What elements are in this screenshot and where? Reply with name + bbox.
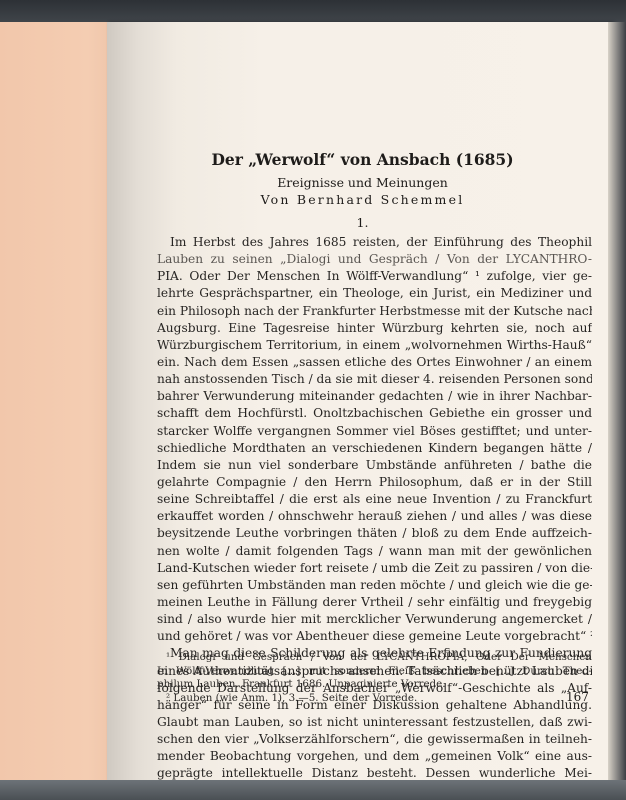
body-line: Indem sie nun viel sonderbare Umbstände … xyxy=(157,457,592,474)
body-line: schafft dem Hochfürstl. Onoltzbachischen… xyxy=(157,405,592,422)
body-line: beysitzende Leuthe vorbringen thäten / b… xyxy=(157,525,592,542)
scanner-background-bottom xyxy=(0,780,626,800)
body-line: erkauffet worden / ohnschwehr herauß zie… xyxy=(157,508,592,525)
body-line: Im Herbst des Jahres 1685 reisten, der E… xyxy=(157,234,592,251)
body-line: Würzburgischem Territorium, in einem „wo… xyxy=(157,337,592,354)
article-subtitle: Ereignisse und Meinungen xyxy=(110,175,615,190)
body-line: nah anstossenden Tisch / da sie mit dies… xyxy=(157,371,592,388)
body-line: Land-Kutschen wieder fort reisete / umb … xyxy=(157,560,592,577)
body-line: schen den vier „Volkserzählforschern“, d… xyxy=(157,731,592,748)
body-line: ein. Nach dem Essen „sassen etliche des … xyxy=(157,354,592,371)
page-number: 167 xyxy=(566,690,589,704)
body-line: ein Philosoph nach der Frankfurter Herbs… xyxy=(157,303,592,320)
footnote-line: philum Lauben. Frankfurt 1686. Unpaginie… xyxy=(157,678,592,692)
left-page-edge xyxy=(0,22,110,782)
body-line: schiedliche Mordthaten an verschiedenen … xyxy=(157,440,592,457)
body-line: gelahrte Compagnie / den Herrn Philosoph… xyxy=(157,474,592,491)
article-title: Der „Werwolf“ von Ansbach (1685) xyxy=(110,150,615,169)
body-line: starcker Wolffe vergangnen Sommer viel B… xyxy=(157,423,592,440)
body-line: geprägte intellektuelle Distanz besteht.… xyxy=(157,765,592,782)
body-line: seine Schreibtaffel / die erst als eine … xyxy=(157,491,592,508)
body-line: Augsburg. Eine Tagesreise hinter Würzbur… xyxy=(157,320,592,337)
body-line: mender Beobachtung vorgehen, und dem „ge… xyxy=(157,748,592,765)
body-line: bahrer Verwunderung miteinander gedachte… xyxy=(157,388,592,405)
footnote-line: In Wölff-Verwandlung [...] mit sonderm F… xyxy=(157,665,592,679)
body-line: sind / also wurde hier mit mercklicher V… xyxy=(157,611,592,628)
body-line: nen wolte / damit folgenden Tags / wann … xyxy=(157,543,592,560)
body-line: sen geführten Umbständen man reden möcht… xyxy=(157,577,592,594)
footnotes: ¹ Dialogi und Gespräch / Von der LYCANTH… xyxy=(157,651,592,705)
scanner-background-top xyxy=(0,0,626,24)
section-number: 1. xyxy=(110,215,615,230)
body-line: lehrte Gesprächspartner, ein Theologe, e… xyxy=(157,285,592,302)
article-author: Von Bernhard Schemmel xyxy=(110,192,615,207)
page-shadow-edge xyxy=(608,22,626,782)
body-line: und gehöret / was vor Abentheuer diese g… xyxy=(157,628,592,645)
body-line: PIA. Oder Der Menschen In Wölff-Verwandl… xyxy=(157,268,592,285)
body-line: meinen Leuthe in Fällung derer Vrtheil /… xyxy=(157,594,592,611)
body-line: Lauben zu seinen „Dialogi und Gespräch /… xyxy=(157,251,592,268)
footnote-line: ² Lauben (wie Anm. 1), 3.—5. Seite der V… xyxy=(157,692,592,706)
body-line: Glaubt man Lauben, so ist nicht unintere… xyxy=(157,714,592,731)
footnote-line: ¹ Dialogi und Gespräch / Von der LYCANTH… xyxy=(157,651,592,665)
